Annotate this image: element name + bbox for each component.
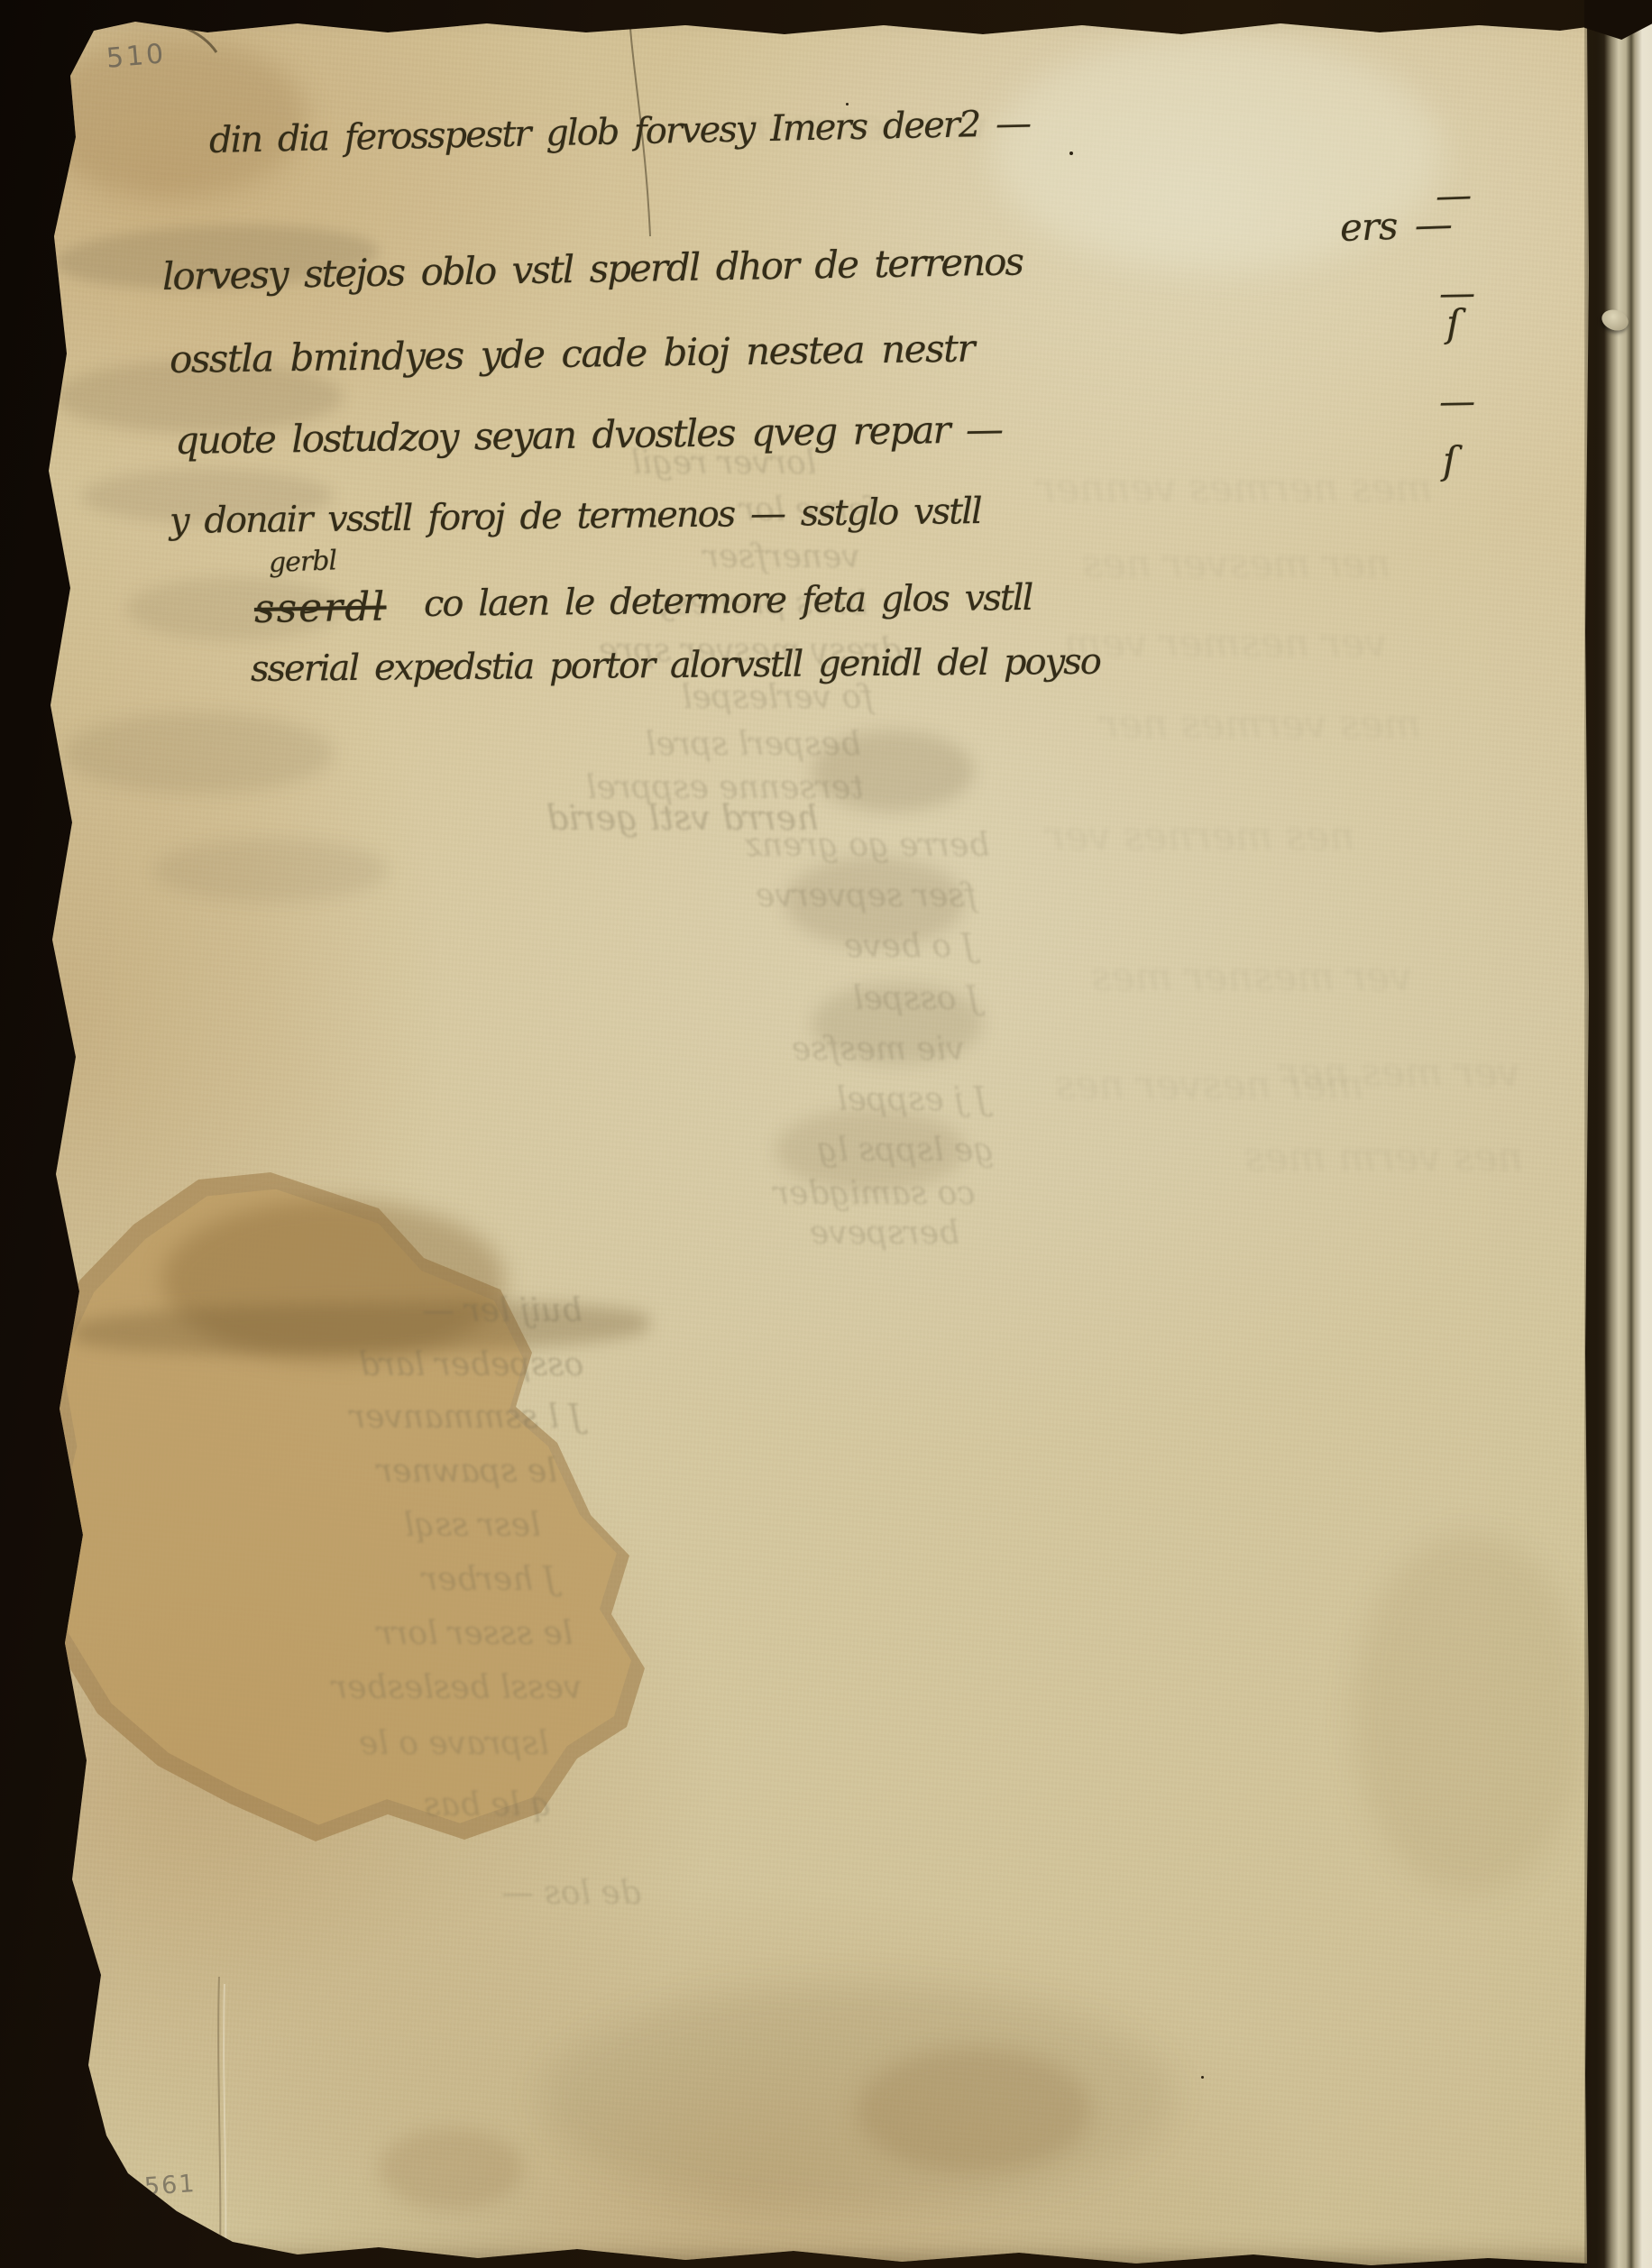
page-edge-shading (0, 0, 1652, 2268)
manuscript-page: lorver regilferve lorvenerfserbres prene… (0, 0, 1652, 2268)
binding-gutter (1584, 0, 1652, 2268)
archive-scan: lorver regilferve lorvenerfserbres prene… (0, 0, 1652, 2268)
